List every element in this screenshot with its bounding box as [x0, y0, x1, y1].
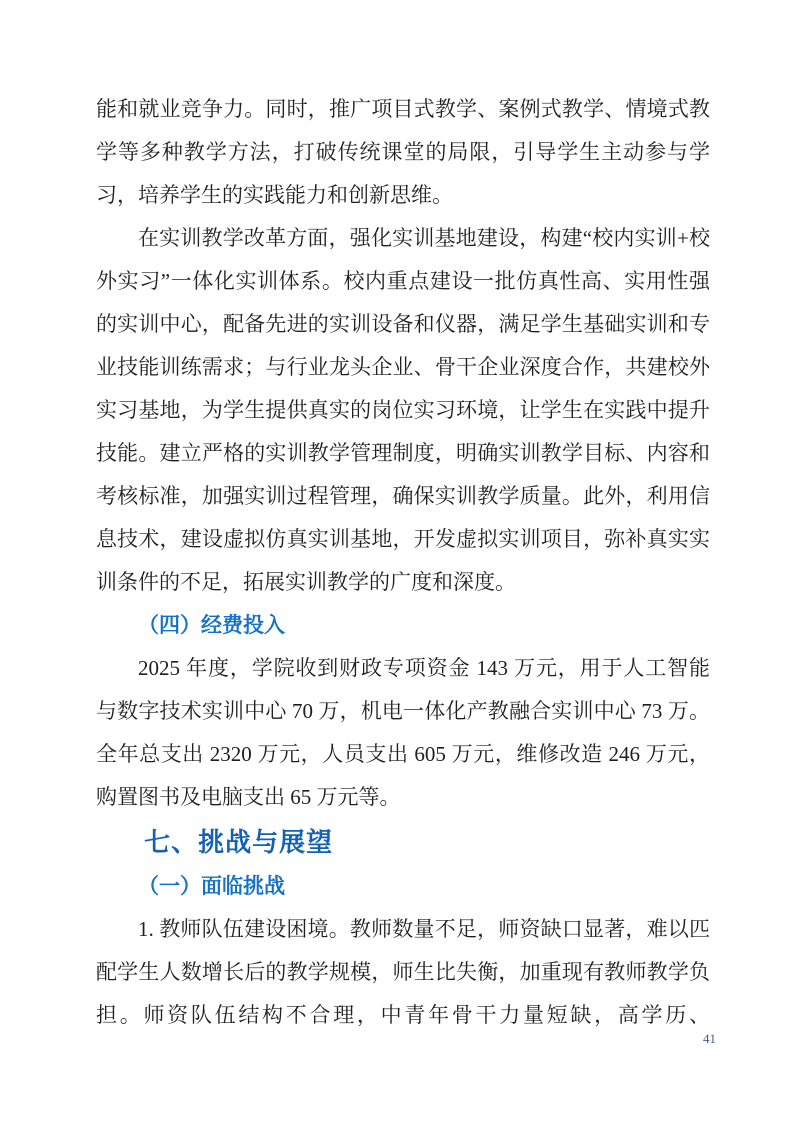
heading-funding-section: （四）经费投入: [96, 604, 710, 647]
document-page: 能和就业竞争力。同时，推广项目式教学、案例式教学、情境式教学等多种教学方法，打破…: [0, 0, 800, 1132]
body-paragraph-funding: 2025 年度，学院收到财政专项资金 143 万元，用于人工智能与数字技术实训中…: [96, 647, 710, 819]
body-paragraph-teacher-challenges: 1. 教师队伍建设困境。教师数量不足，师资缺口显著，难以匹配学生人数增长后的教学…: [96, 908, 710, 1037]
page-content: 能和就业竞争力。同时，推广项目式教学、案例式教学、情境式教学等多种教学方法，打破…: [96, 88, 710, 1037]
body-paragraph-training-reform: 在实训教学改革方面，强化实训基地建设，构建“校内实训+校外实习”一体化实训体系。…: [96, 217, 710, 604]
body-paragraph-teaching-methods: 能和就业竞争力。同时，推广项目式教学、案例式教学、情境式教学等多种教学方法，打破…: [96, 88, 710, 217]
page-number: 41: [703, 1031, 716, 1047]
heading-chapter-challenges-outlook: 七、挑战与展望: [96, 822, 710, 863]
heading-facing-challenges-section: （一）面临挑战: [96, 865, 710, 908]
